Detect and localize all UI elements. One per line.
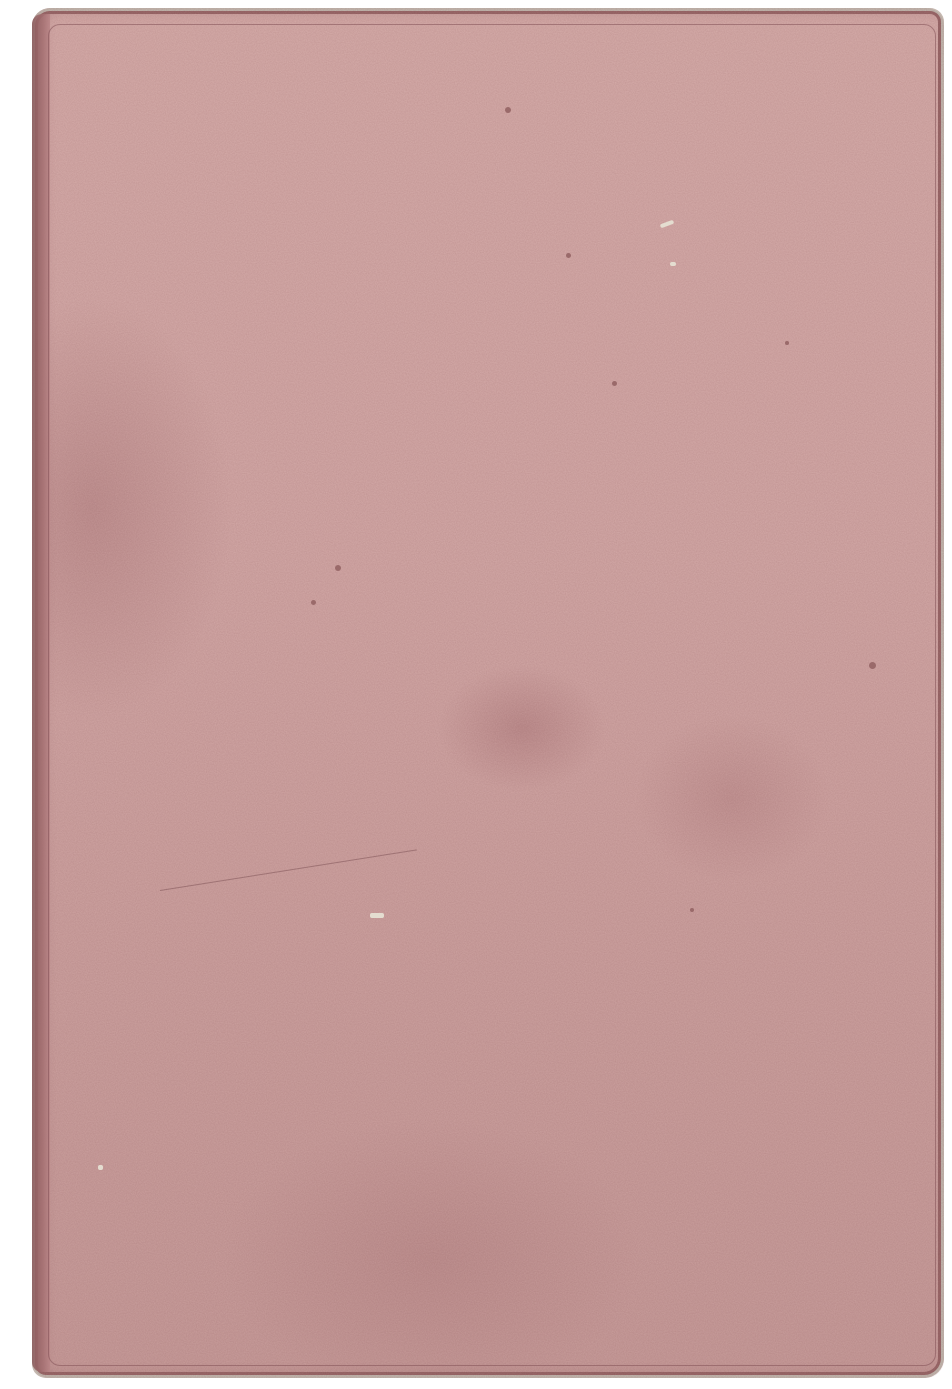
stain-spot bbox=[566, 253, 571, 258]
stain-spot bbox=[335, 565, 341, 571]
stain-spot bbox=[311, 600, 316, 605]
leather-texture bbox=[32, 8, 944, 1378]
scuff-mark bbox=[370, 913, 384, 918]
stain-spot bbox=[505, 107, 511, 113]
stain-spot bbox=[785, 341, 789, 345]
stain-spot bbox=[690, 908, 694, 912]
stain-spot bbox=[612, 381, 617, 386]
scuff-mark bbox=[98, 1165, 103, 1170]
scuff-mark bbox=[670, 262, 676, 266]
book-spine-edge bbox=[32, 14, 50, 1372]
stain-spot bbox=[869, 662, 876, 669]
